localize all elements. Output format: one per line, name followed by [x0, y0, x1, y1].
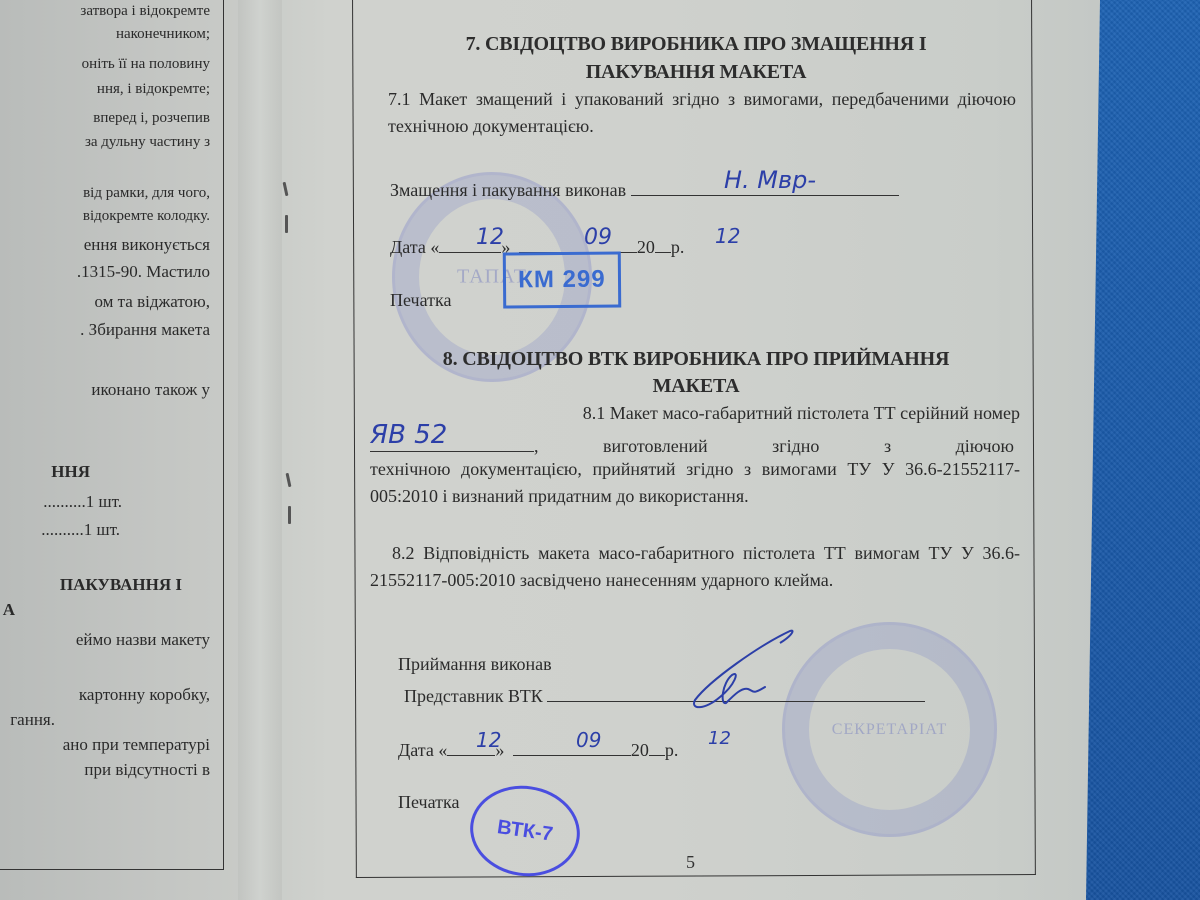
text-line: ано при температурі	[63, 733, 210, 756]
year-unit: р.	[671, 237, 685, 257]
binding-stitch	[283, 182, 289, 196]
performed-row: Змащення і пакування виконав	[390, 176, 899, 202]
handwritten-month: 09	[576, 728, 601, 752]
text-line: відокремте колодку.	[83, 205, 210, 228]
serial-row: , виготовлений згідно з діючою	[370, 432, 1020, 458]
clause-8-1-b: , виготовлений згідно з діючою	[534, 434, 1014, 458]
text-line: вперед і, розчепив	[93, 107, 210, 130]
binding-stitch	[286, 473, 292, 487]
text-line: гання.	[10, 708, 55, 731]
accepted-label: Приймання виконав	[398, 652, 552, 676]
performed-label: Змащення і пакування виконав	[390, 180, 626, 200]
handwritten-day: 12	[476, 728, 501, 752]
booklet-spread: затвора і відокремте наконечником; оніть…	[0, 0, 1100, 900]
year-prefix: 20	[631, 740, 649, 760]
text-line: від рамки, для чого,	[83, 182, 210, 205]
year-line	[649, 736, 665, 756]
year-line	[655, 233, 671, 253]
handwritten-year: 12	[708, 728, 731, 749]
text-line: за дульну частину з	[85, 131, 210, 154]
text-line: иконано також у	[91, 378, 210, 401]
page-number: 5	[686, 852, 695, 873]
text-line: еймо назви макету	[76, 628, 210, 651]
text-line: ння, і відокремте;	[97, 78, 210, 101]
handwritten-year: 12	[715, 224, 740, 248]
date-label: Дата «	[398, 740, 447, 760]
text-line: при відсутності в	[84, 758, 210, 781]
text-line: .1315-90. Мастило	[77, 260, 210, 283]
text-line: ом та віджатою,	[94, 290, 210, 313]
clause-8-1-a: 8.1 Макет масо-габаритний пістолета ТТ с…	[376, 400, 1020, 427]
section-8-heading-line2: МАКЕТА	[366, 372, 1026, 400]
signature-scribble-icon	[650, 625, 800, 725]
section-heading: ПАКУВАННЯ І	[60, 573, 182, 596]
text-line: затвора і відокремте	[80, 0, 210, 23]
month-line	[513, 736, 631, 756]
section-7-heading-line2: ПАКУВАННЯ МАКЕТА	[366, 58, 1026, 86]
blue-cloth-background	[1080, 0, 1200, 900]
clause-8-1-c: технічною документацією, прийнятий згідн…	[370, 456, 1020, 510]
rep-label: Представник ВТК	[404, 686, 543, 706]
month-line	[519, 233, 637, 253]
section-heading: ННЯ	[51, 460, 90, 483]
text-line: наконечником;	[116, 23, 210, 46]
section-7-heading-line1: 7. СВІДОЦТВО ВИРОБНИКА ПРО ЗМАЩЕННЯ І	[366, 30, 1026, 58]
text-line: ення виконується	[84, 233, 210, 256]
date-row: Дата «» 20р.	[398, 736, 678, 762]
text-line: . Збирання макета	[80, 318, 210, 341]
seal-label-8: Печатка	[398, 790, 459, 814]
section-heading: А	[3, 598, 15, 621]
booklet-gutter	[238, 0, 282, 900]
seal-label-7: Печатка	[390, 288, 451, 312]
text-line: ..........1 шт.	[41, 518, 120, 541]
clause-8-2: 8.2 Відповідність макета масо-габаритног…	[370, 540, 1020, 594]
stamp-km-299: КМ 299	[503, 251, 621, 308]
binding-stitch	[285, 215, 288, 233]
year-prefix: 20	[637, 237, 655, 257]
text-line: ..........1 шт.	[43, 490, 122, 513]
year-unit: р.	[665, 740, 679, 760]
text-line: оніть її на половину	[82, 53, 210, 76]
handwritten-month: 09	[584, 225, 612, 250]
binding-stitch	[288, 506, 291, 524]
faded-round-stamp: СЕКРЕТАРІАТ	[782, 622, 997, 837]
handwritten-day: 12	[476, 225, 504, 250]
date-label: Дата «	[390, 237, 439, 257]
section-8-heading-line1: 8. СВІДОЦТВО ВТК ВИРОБНИКА ПРО ПРИЙМАННЯ	[366, 345, 1026, 373]
text-line: картонну коробку,	[79, 683, 210, 706]
handwritten-serial-number: ЯВ 52	[370, 420, 447, 450]
clause-7-1: 7.1 Макет змащений і упакований згідно з…	[388, 86, 1016, 140]
handwritten-signature: Н. Мвр-	[724, 166, 816, 194]
